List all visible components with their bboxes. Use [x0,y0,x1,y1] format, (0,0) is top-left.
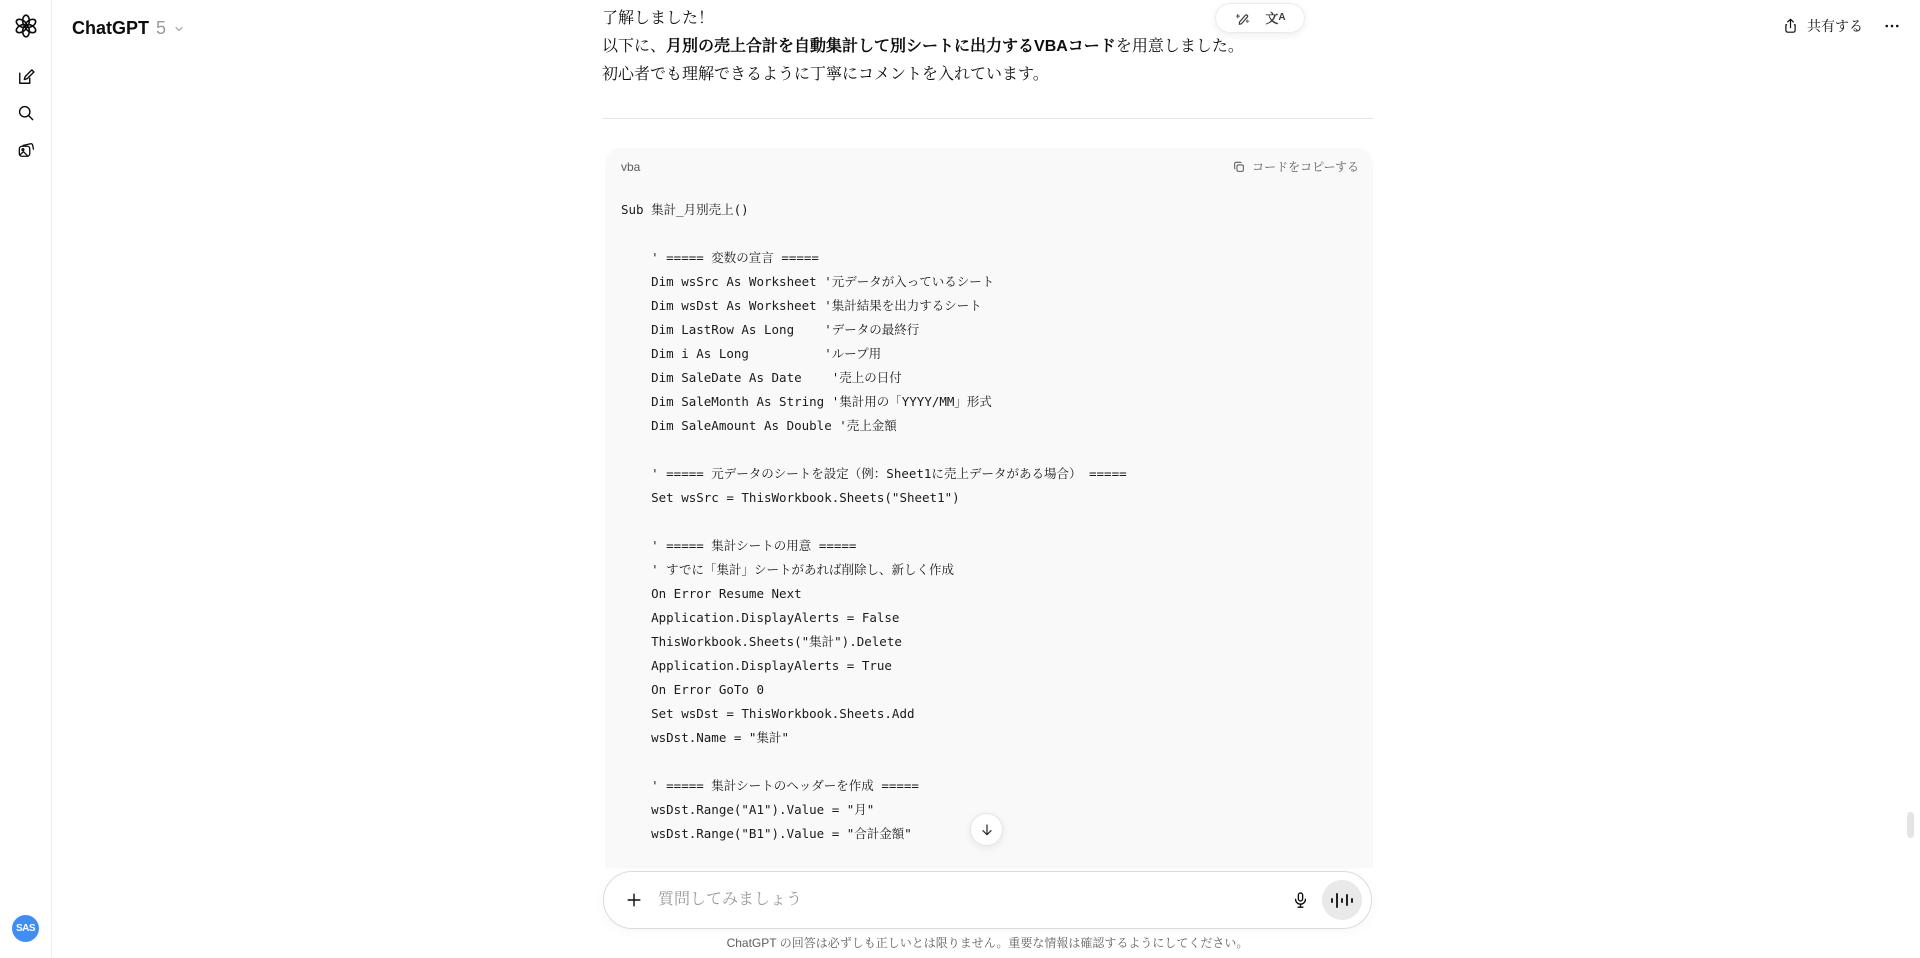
disclaimer-text: ChatGPT の回答は必ずしも正しいとは限りません。重要な情報は確認するように… [602,934,1373,951]
share-label: 共有する [1807,16,1863,36]
message-divider [602,118,1373,119]
copy-code-label: コードをコピーする [1252,158,1359,175]
model-name: ChatGPT [72,18,149,39]
new-chat-icon[interactable] [8,59,44,95]
message-line-3: 初心者でも理解できるように丁寧にコメントを入れています。 [602,61,1244,89]
model-version: 5 [156,18,166,39]
copy-icon [1232,160,1246,174]
model-selector[interactable]: ChatGPT 5 [64,12,193,44]
arrow-down-icon [979,822,995,838]
conversation-area: 了解しました！ 以下に、月別の売上合計を自動集計して別シートに出力するVBAコー… [602,0,1373,958]
mic-button[interactable] [1282,882,1318,918]
share-button[interactable]: 共有する [1776,11,1869,41]
plus-icon [624,890,644,910]
waveform-icon [1331,898,1334,903]
sidebar: SAS [0,0,52,958]
chevron-down-icon [173,23,185,35]
more-options-button[interactable] [1876,11,1908,41]
attach-plus-button[interactable] [618,884,650,916]
scrollbar-thumb[interactable] [1907,812,1914,838]
search-icon[interactable] [8,95,44,131]
openai-logo-icon[interactable] [8,8,44,44]
mic-icon [1291,891,1310,910]
code-content: Sub 集計_月別売上() ' ===== 変数の宣言 ===== Dim ws… [605,198,1143,846]
assistant-message: 了解しました！ 以下に、月別の売上合計を自動集計して別シートに出力するVBAコー… [602,5,1244,89]
more-dots-icon [1883,17,1901,35]
library-icon[interactable] [8,132,44,168]
scroll-to-bottom-button[interactable] [970,813,1003,846]
message-line-1: 了解しました！ [602,5,1244,33]
message-input[interactable] [650,891,1282,909]
code-block: vba コードをコピーする Sub 集計_月別売上() ' ===== 変数の宣… [605,148,1373,868]
share-icon [1782,18,1799,35]
copy-code-button[interactable]: コードをコピーする [1232,158,1359,175]
message-line-2: 以下に、月別の売上合計を自動集計して別シートに出力するVBAコードを用意しました… [602,33,1244,61]
avatar[interactable]: SAS [12,915,39,942]
code-block-header: vba コードをコピーする [605,148,1373,175]
composer [603,871,1372,929]
voice-mode-button[interactable] [1322,880,1362,920]
code-language-label: vba [621,160,640,174]
message-bold-text: 月別の売上合計を自動集計して別シートに出力するVBAコード [666,38,1116,55]
